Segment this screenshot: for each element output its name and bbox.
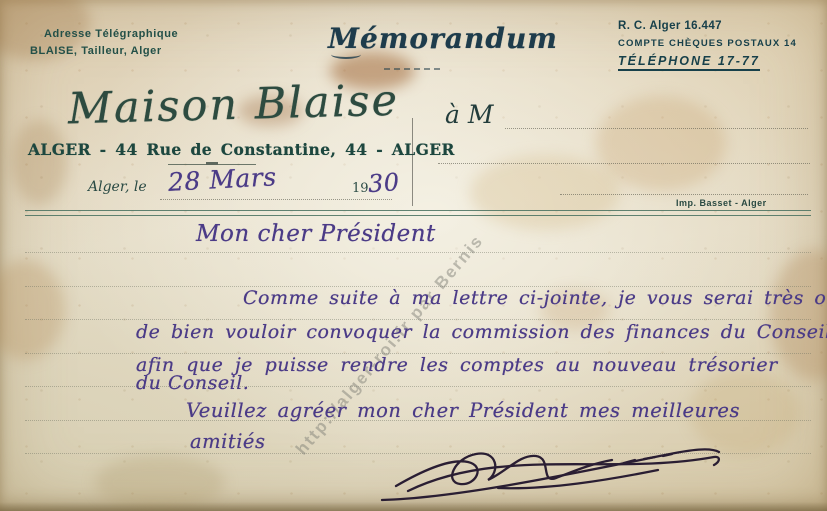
addressee-write-line (438, 163, 810, 164)
addressee-write-line (505, 128, 808, 129)
trade-register-number: R. C. Alger 16.447 (618, 20, 797, 32)
salutation: Mon cher Président (196, 221, 436, 247)
scan-edge-shadow (0, 502, 827, 511)
memorandum-title: Mémorandum (328, 22, 558, 55)
paper-stain (770, 250, 827, 380)
telegraph-label: Adresse Télégraphique (44, 26, 178, 43)
company-name: Maison Blaise (67, 76, 399, 135)
registry-block: R. C. Alger 16.447 COMPTE CHÈQUES POSTAU… (618, 20, 797, 71)
scanned-letter-memorandum: Adresse Télégraphique BLAISE, Tailleur, … (0, 0, 827, 511)
header-double-rule (25, 210, 811, 216)
postal-account-number: COMPTE CHÈQUES POSTAUX 14 (618, 38, 797, 49)
telegraph-value: BLAISE, Tailleur, Alger (30, 43, 178, 60)
dateline-printed-century: 19 (352, 181, 369, 196)
company-address: ALGER - 44 Rue de Constantine, 44 - ALGE… (28, 140, 455, 159)
telegraph-address-block: Adresse Télégraphique BLAISE, Tailleur, … (30, 26, 178, 60)
title-swash-ornament (331, 50, 361, 59)
dateline-printed-prefix: Alger, le (88, 179, 147, 195)
closing-line: Veuillez agréer mon cher Président mes m… (186, 399, 740, 422)
dash-ornament (384, 68, 440, 70)
paper-stain (0, 260, 65, 360)
handwritten-day-month: 28 Mars (167, 162, 277, 197)
paper-stain (596, 96, 726, 191)
ruled-line (25, 252, 811, 253)
body-line: du Conseil. (136, 372, 249, 394)
handwritten-year: 30 (367, 168, 400, 198)
closing-line: amitiés (190, 430, 265, 453)
telephone-number: TÉLÉPHONE 17-77 (618, 54, 760, 71)
paper-stain (12, 120, 67, 205)
date-write-line (160, 199, 392, 200)
body-line: Comme suite à ma lettre ci-jointe, je vo… (243, 287, 827, 309)
addressee-write-line (560, 194, 808, 195)
printer-credit: Imp. Basset - Alger (676, 198, 767, 208)
body-line: de bien vouloir convoquer la commission … (136, 321, 827, 343)
signature-flourish (378, 428, 723, 508)
vertical-separator (412, 118, 413, 206)
addressee-prefix: à M (445, 100, 493, 129)
